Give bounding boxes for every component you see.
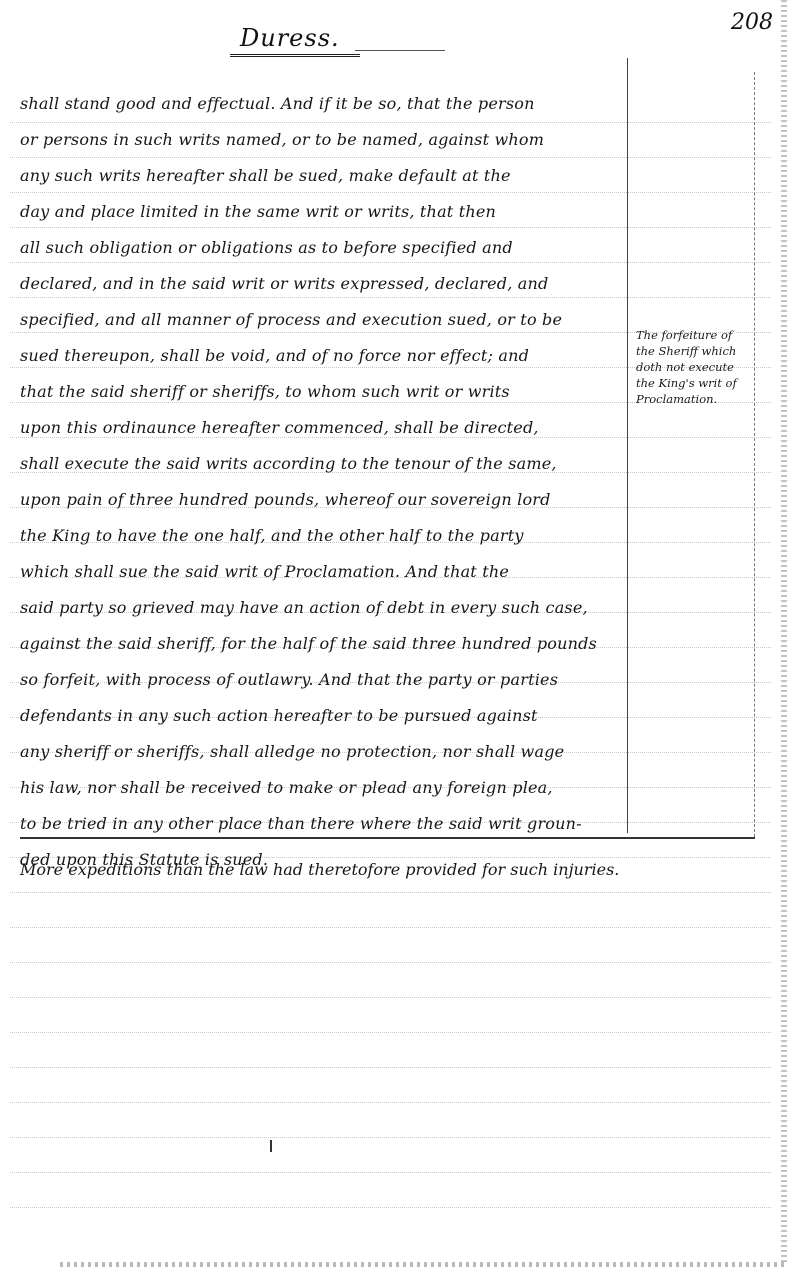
marginal-note-line: the Sheriff which [636, 343, 766, 359]
footer-text-line: More expeditions than the law had theret… [20, 852, 760, 888]
marginal-note-line: The forfeiture of [636, 327, 766, 343]
marginal-note-line: the King's writ of [636, 375, 766, 391]
margin-column-line-left [627, 58, 628, 833]
body-text-line: specified, and all manner of process and… [20, 302, 625, 338]
section-divider [20, 837, 755, 839]
body-text-line: or persons in such writs named, or to be… [20, 122, 625, 158]
body-text-line: shall stand good and effectual. And if i… [20, 86, 625, 122]
ruled-line [10, 927, 771, 928]
body-text-line: the King to have the one half, and the o… [20, 518, 625, 554]
manuscript-page: Duress. 208 shall stand good and effectu… [0, 0, 791, 1269]
marginal-note: The forfeiture ofthe Sheriff whichdoth n… [636, 327, 766, 407]
ruled-line [10, 1172, 771, 1173]
ink-mark [270, 1140, 272, 1152]
body-text-line: upon pain of three hundred pounds, where… [20, 482, 625, 518]
ruled-line [10, 1032, 771, 1033]
heading-underline [230, 54, 360, 57]
body-text-line: against the said sheriff, for the half o… [20, 626, 625, 662]
page-number: 208 [731, 10, 773, 35]
body-text: shall stand good and effectual. And if i… [20, 86, 625, 878]
ruled-line [10, 1137, 771, 1138]
body-text-line: any sheriff or sheriffs, shall alledge n… [20, 734, 625, 770]
ruled-line [10, 892, 771, 893]
body-text-line: so forfeit, with process of outlawry. An… [20, 662, 625, 698]
body-text-line: all such obligation or obligations as to… [20, 230, 625, 266]
ruled-line [10, 962, 771, 963]
body-text-line: sued thereupon, shall be void, and of no… [20, 338, 625, 374]
ruled-line [10, 997, 771, 998]
body-text-line: said party so grieved may have an action… [20, 590, 625, 626]
body-text-line: declared, and in the said writ or writs … [20, 266, 625, 302]
body-text-line: that the said sheriff or sheriffs, to wh… [20, 374, 625, 410]
page-edge-bottom [60, 1262, 787, 1267]
body-text-line: day and place limited in the same writ o… [20, 194, 625, 230]
body-text-line: his law, nor shall be received to make o… [20, 770, 625, 806]
ruled-line [10, 1207, 771, 1208]
heading-underline-tail [355, 50, 445, 51]
marginal-note-line: Proclamation. [636, 391, 766, 407]
body-text-line: upon this ordinaunce hereafter commenced… [20, 410, 625, 446]
marginal-note-line: doth not execute [636, 359, 766, 375]
body-text-line: shall execute the said writs according t… [20, 446, 625, 482]
page-heading: Duress. [240, 24, 340, 52]
body-text-line: any such writs hereafter shall be sued, … [20, 158, 625, 194]
margin-column-line-right [754, 72, 755, 837]
body-text-line: defendants in any such action hereafter … [20, 698, 625, 734]
page-edge-right [781, 0, 787, 1262]
body-text-line: which shall sue the said writ of Proclam… [20, 554, 625, 590]
ruled-line [10, 1102, 771, 1103]
ruled-line [10, 1067, 771, 1068]
